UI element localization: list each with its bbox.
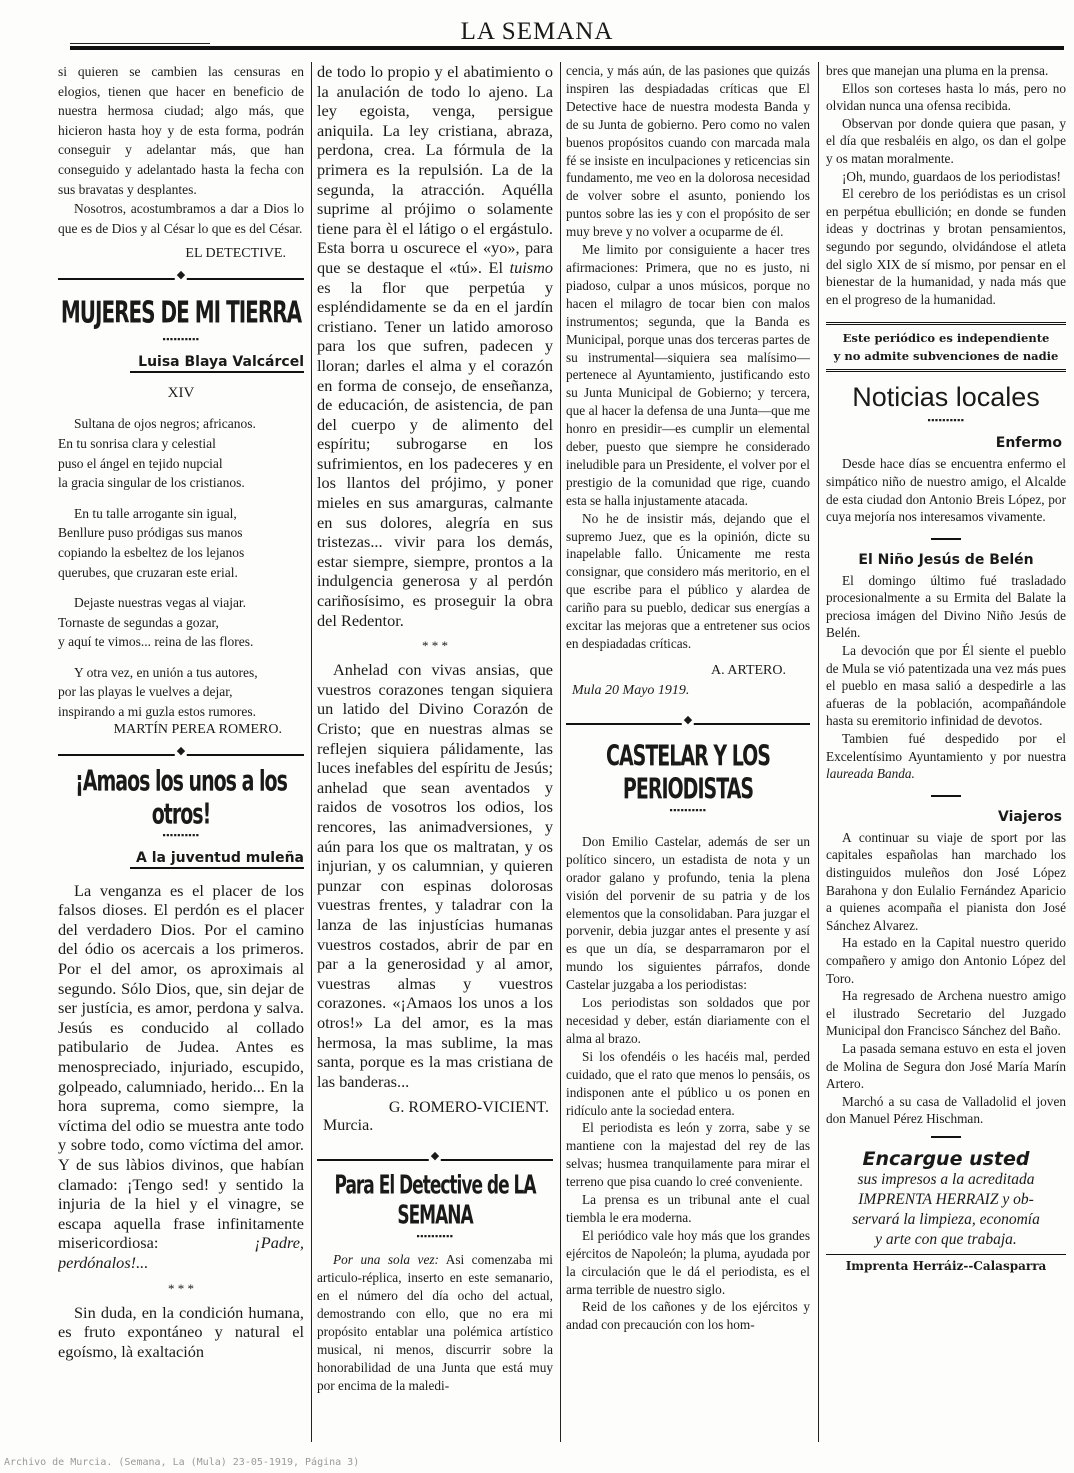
news-heading: Viajeros <box>826 809 1062 825</box>
poem-author: MARTÍN PEREA ROMERO. <box>58 722 304 738</box>
ornamental-divider <box>58 272 304 286</box>
column-divider <box>818 62 819 1442</box>
italic-text: laureada Banda. <box>826 766 915 781</box>
news-paragraph: Marchó a su casa de Valladolid el joven … <box>826 1093 1066 1128</box>
article-paragraph: Los periodistas son soldados que por nec… <box>566 994 810 1048</box>
verse: inspirando a mi guzla estos rumores. <box>58 702 304 722</box>
title-dots: ▪▪▪▪▪▪▪▪▪▪ <box>566 805 810 815</box>
paragraph-text: Asi comenzaba mi articulo-réplica, inser… <box>317 1252 553 1392</box>
article-paragraph: El periódico vale hoy más que los grande… <box>566 1227 810 1299</box>
asterism: * * * <box>58 1283 304 1295</box>
verse: Tornaste de segundas a gozar, <box>58 613 304 633</box>
paragraph-text: Tambien fué despedido por el Excelentísi… <box>826 731 1066 764</box>
news-heading: El Niño Jesús de Belén <box>826 552 1066 568</box>
article-paragraph: cencia, y más aún, de las pasiones que q… <box>566 62 810 241</box>
verse: En tu talle arrogante sin igual, <box>58 504 304 524</box>
italic-text: Por una sola vez: <box>333 1252 439 1267</box>
title-dots: ▪▪▪▪▪▪▪▪▪▪ <box>58 334 304 344</box>
news-paragraph: Ha estado en la Capital nuestro querido … <box>826 934 1066 987</box>
news-paragraph: La devoción que por Él siente el pueblo … <box>826 642 1066 730</box>
short-divider <box>931 1136 961 1138</box>
verse: En tu sonrisa clara y celestial <box>58 434 304 454</box>
news-paragraph: Ha regresado de Archena nuestro amigo el… <box>826 987 1066 1040</box>
ad-headline: Encargue usted <box>826 1148 1066 1170</box>
verse: Y otra vez, en unión a tus autores, <box>58 663 304 683</box>
article-paragraph: Si los ofendéis o les hacéis mal, perded… <box>566 1048 810 1120</box>
archive-watermark: Archivo de Murcia. (Semana, La (Mula) 23… <box>4 1457 359 1468</box>
news-paragraph: A continuar su viaje de sport por las ca… <box>826 829 1066 935</box>
ornamental-divider <box>566 717 810 731</box>
signature: A. ARTERO. <box>566 663 810 679</box>
notice-line: Este periódico es independiente <box>826 329 1066 347</box>
newspaper-title: LA SEMANA <box>0 18 1074 46</box>
italic-text: tuismo <box>510 258 553 277</box>
signature: EL DETECTIVE. <box>58 246 304 262</box>
asterism: * * * <box>317 640 553 652</box>
column-divider <box>560 62 561 1442</box>
ad-line: sus impresos a la acreditada <box>826 1170 1066 1190</box>
article-paragraph: La venganza es el placer de los falsos d… <box>58 881 304 1273</box>
poem-stanza: Dejaste nuestras vegas al viajar. Tornas… <box>58 593 304 652</box>
verse: Benllure puso pródigas sus manos <box>58 523 304 543</box>
column-2: de todo lo propio y el abatimiento o la … <box>317 62 553 1442</box>
continuation-paragraph: si quieren se cambien las censuras en el… <box>58 62 304 199</box>
column-1: si quieren se cambien las censuras en el… <box>58 62 304 1442</box>
ad-line: y arte con que trabaja. <box>826 1230 1066 1250</box>
poem-stanza: Sultana de ojos negros; africanos. En tu… <box>58 414 304 492</box>
article-paragraph: El periodista es león y zorra, sabe y se… <box>566 1119 810 1191</box>
article-paragraph: El cerebro de los periódistas es un cris… <box>826 185 1066 308</box>
article-paragraph: Sin duda, en la condición humana, es fru… <box>58 1303 304 1362</box>
column-4: bres que manejan una pluma en la prensa.… <box>826 62 1066 1442</box>
independence-notice: Este periódico es independiente y no adm… <box>826 322 1066 372</box>
article-paragraph: La prensa es un tribunal ante el cual ti… <box>566 1191 810 1227</box>
title-dots: ▪▪▪▪▪▪▪▪▪▪ <box>826 415 1066 425</box>
article-paragraph: ¡Oh, mundo, guardaos de los periodistas! <box>826 168 1066 186</box>
signature: G. ROMERO-VICIENT. <box>317 1099 553 1117</box>
poem-number: XIV <box>58 385 304 402</box>
article-paragraph: Ellos son corteses hasta lo más, pero no… <box>826 80 1066 115</box>
masthead: LA SEMANA <box>0 0 1074 58</box>
column-3: cencia, y más aún, de las pasiones que q… <box>566 62 810 1442</box>
verse: y aquí te vimos... reina de las flores. <box>58 632 304 652</box>
article-title: Para El Detective de LA SEMANA <box>317 1171 553 1231</box>
verse: querubes, que cruzaran este erial. <box>58 563 304 583</box>
paragraph-text: de todo lo propio y el abatimiento o la … <box>317 62 553 277</box>
ornamental-divider <box>58 748 304 762</box>
verse: Dejaste nuestras vegas al viajar. <box>58 593 304 613</box>
verse: puso el ángel en tejido nupcial <box>58 454 304 474</box>
poem-title: MUJERES DE MI TIERRA <box>58 294 304 330</box>
article-title: ¡Amaos los unos a los otros! <box>58 765 304 831</box>
verse: por las playas le vuelves a dejar, <box>58 682 304 702</box>
article-paragraph: Reid de los cañones y de los ejércitos y… <box>566 1298 810 1334</box>
article-paragraph: Anhelad con vivas ansias, que vuestros c… <box>317 660 553 1091</box>
short-divider <box>931 795 961 797</box>
verse: la gracia singular de los cristianos. <box>58 473 304 493</box>
notice-line: y no admite subvenciones de nadie <box>826 347 1066 365</box>
news-paragraph: Tambien fué despedido por el Excelentísi… <box>826 730 1066 783</box>
paragraph-text: es la flor que perpetúa y espléndidament… <box>317 278 553 630</box>
title-dots: ▪▪▪▪▪▪▪▪▪▪ <box>58 830 304 840</box>
news-heading: Enfermo <box>826 435 1062 451</box>
poem-stanza: Y otra vez, en unión a tus autores, por … <box>58 663 304 722</box>
section-title: Noticias locales <box>826 382 1066 413</box>
article-paragraph: de todo lo propio y el abatimiento o la … <box>317 62 553 630</box>
dateline: Mula 20 Mayo 1919. <box>566 683 810 699</box>
continuation-paragraph: Nosotros, acostumbramos a dar a Dios lo … <box>58 199 304 238</box>
article-title: CASTELAR Y LOS PERIODISTAS <box>566 740 810 806</box>
ornamental-divider <box>317 1153 553 1167</box>
article-paragraph: bres que manejan una pluma en la prensa. <box>826 62 1066 80</box>
place: Murcia. <box>317 1117 553 1135</box>
verse: copiando la esbeltez de los lejanos <box>58 543 304 563</box>
paragraph-text: La venganza es el placer de los falsos d… <box>58 881 304 1253</box>
news-paragraph: Desde hace días se encuentra enfermo el … <box>826 455 1066 525</box>
poem-byline: Luisa Blaya Valcárcel <box>130 354 304 373</box>
ad-line: IMPRENTA HERRAIZ y ob- <box>826 1190 1066 1210</box>
article-paragraph: No he de insistir más, dejando que el su… <box>566 510 810 653</box>
article-paragraph: Por una sola vez: Asi comenzaba mi artic… <box>317 1251 553 1394</box>
news-paragraph: La pasada semana estuvo en esta el joven… <box>826 1040 1066 1093</box>
short-divider <box>931 538 961 540</box>
masthead-rule <box>70 46 1064 50</box>
article-subtitle: A la juventud muleña <box>130 850 304 869</box>
poem-stanza: En tu talle arrogante sin igual, Benllur… <box>58 504 304 582</box>
column-divider <box>311 62 312 1442</box>
verse: Sultana de ojos negros; africanos. <box>58 414 304 434</box>
title-dots: ▪▪▪▪▪▪▪▪▪▪ <box>317 1231 553 1241</box>
ad-line: servará la limpieza, economía <box>826 1210 1066 1230</box>
news-paragraph: El domingo último fué trasladado procesi… <box>826 572 1066 642</box>
article-paragraph: Don Emilio Castelar, además de ser un po… <box>566 833 810 994</box>
printer-credit: Imprenta Herráiz--Calasparra <box>826 1254 1066 1273</box>
article-paragraph: Me limito por consiguiente a hacer tres … <box>566 241 810 510</box>
masthead-thin-rule <box>70 43 210 44</box>
article-paragraph: Observan por donde quiera que pasan, y e… <box>826 115 1066 168</box>
